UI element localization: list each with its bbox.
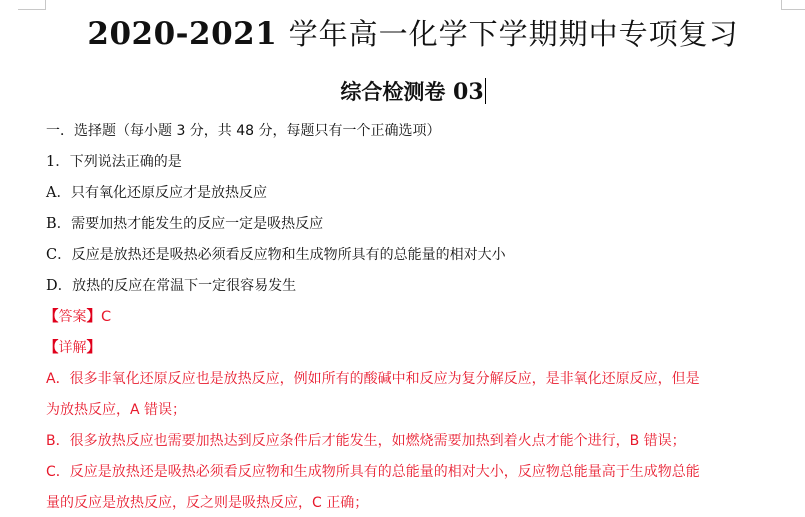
option-d: D．放热的反应在常温下一定很容易发生	[46, 276, 296, 296]
answer-label: 答案	[59, 309, 87, 325]
option-label: C．	[46, 247, 72, 263]
page-corner-mark-top-right	[781, 0, 805, 10]
option-c: C．反应是放热还是吸热必须看反应物和生成物所具有的总能量的相对大小	[46, 245, 506, 265]
option-label: B．	[46, 216, 71, 232]
subtitle-text: 综合检测卷	[340, 80, 445, 104]
option-a: A．只有氧化还原反应才是放热反应	[46, 183, 267, 203]
explanation-line-4: C．反应是放热还是吸热必须看反应物和生成物所具有的总能量的相对大小，反应物总能量…	[46, 462, 700, 482]
answer-bracket-close: 】	[87, 308, 102, 325]
document-title: 2020-2021 学年高一化学下学期期中专项复习	[0, 12, 805, 53]
explanation-line-5: 量的反应是放热反应，反之则是吸热反应，C 正确；	[46, 493, 368, 513]
explanation-line-1: A．很多非氧化还原反应也是放热反应，例如所有的酸碱中和反应为复分解反应，是非氧化…	[46, 369, 700, 389]
explanation-bracket-close: 】	[87, 339, 102, 356]
option-label: A．	[46, 185, 71, 201]
question-number: 1．	[46, 154, 70, 170]
page-corner-mark-top-left	[18, 0, 46, 10]
document-subtitle[interactable]: 综合检测卷 03	[0, 76, 805, 106]
title-text: 学年高一化学下学期期中专项复习	[289, 17, 739, 51]
explanation-label: 详解	[59, 340, 87, 356]
explanation-heading: 【详解】	[44, 338, 101, 358]
option-text: 反应是放热还是吸热必须看反应物和生成物所具有的总能量的相对大小	[72, 247, 506, 263]
option-text: 只有氧化还原反应才是放热反应	[71, 185, 267, 201]
answer-line: 【答案】C	[44, 307, 111, 327]
answer-value: C	[101, 309, 111, 325]
explanation-bracket-open: 【	[44, 339, 59, 356]
text-cursor	[485, 78, 486, 104]
option-label: D．	[46, 278, 72, 294]
option-text: 放热的反应在常温下一定很容易发生	[72, 278, 296, 294]
option-text: 需要加热才能发生的反应一定是吸热反应	[71, 216, 323, 232]
subtitle-number: 03	[453, 79, 484, 105]
section-heading: 一．选择题（每小题 3 分，共 48 分，每题只有一个正确选项）	[46, 121, 441, 141]
question-text: 下列说法正确的是	[70, 154, 182, 170]
question-stem: 1．下列说法正确的是	[46, 152, 182, 172]
title-year: 2020-2021	[87, 16, 277, 52]
option-b: B．需要加热才能发生的反应一定是吸热反应	[46, 214, 323, 234]
answer-bracket-open: 【	[44, 308, 59, 325]
explanation-line-3: B．很多放热反应也需要加热达到反应条件后才能发生，如燃烧需要加热到着火点才能个进…	[46, 431, 686, 451]
explanation-line-2: 为放热反应，A 错误；	[46, 400, 186, 420]
